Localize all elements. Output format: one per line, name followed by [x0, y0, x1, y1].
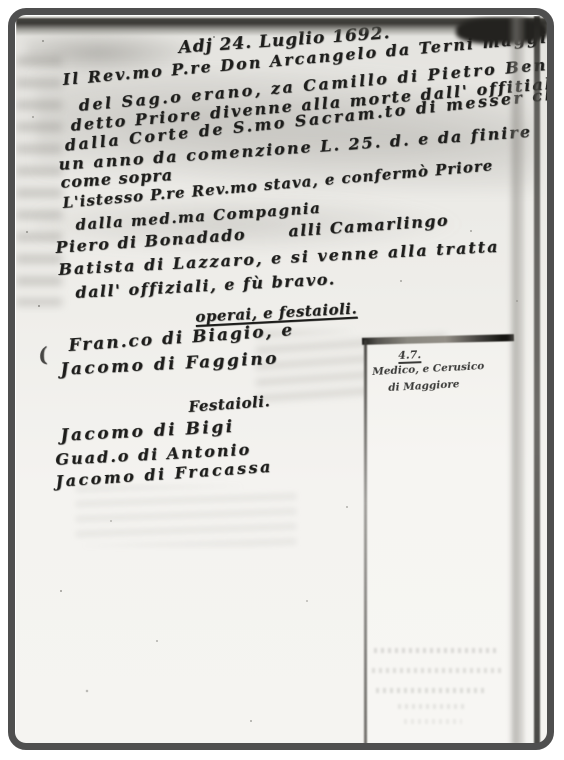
slip-title-line: di Maggiore — [388, 379, 460, 393]
operai-name-2: Jacomo di Faggino — [60, 351, 279, 379]
slip-bleedthrough-row — [374, 648, 499, 653]
page-right-edge-line — [534, 16, 540, 745]
slip-bleedthrough-row — [404, 719, 462, 724]
slip-torn-edge — [362, 334, 514, 345]
pasted-slip: 4.7. Medico, e Cerusico di Maggiore — [364, 338, 512, 745]
slip-bleedthrough-row — [372, 668, 504, 673]
slip-title-line: Medico, e Cerusico — [372, 361, 485, 377]
slip-left-edge — [364, 340, 367, 745]
bleedthrough-smudge — [16, 56, 62, 306]
manuscript-scan: 4.7. Medico, e Cerusico di Maggiore Adj … — [16, 16, 548, 745]
margin-mark: ( — [36, 344, 49, 366]
slip-bleedthrough-row — [376, 688, 484, 693]
slip-archive-number: 4.7. — [398, 349, 421, 361]
bleedthrough-smudge — [76, 486, 296, 546]
festaioli-heading: Festaioli. — [188, 394, 271, 415]
slip-bleedthrough-row — [398, 704, 468, 709]
scanned-manuscript-page: 4.7. Medico, e Cerusico di Maggiore Adj … — [0, 0, 564, 760]
page-right-edge-band — [508, 16, 525, 745]
